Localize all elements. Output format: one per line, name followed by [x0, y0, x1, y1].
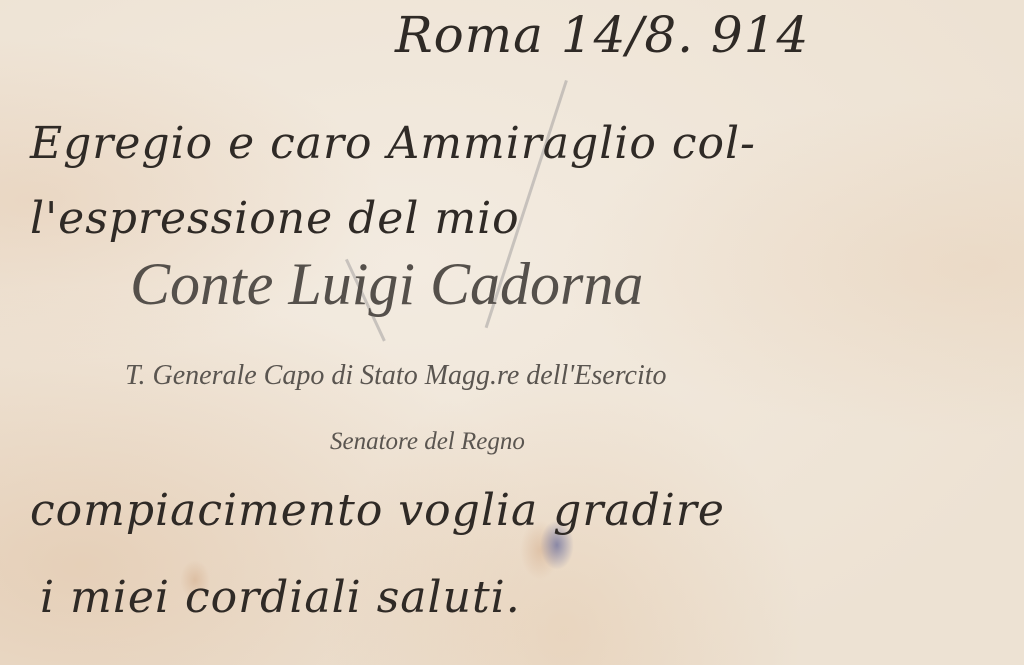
- handwritten-line-4: i miei cordiali saluti.: [40, 572, 521, 623]
- printed-title: T. Generale Capo di Stato Magg.re dell'E…: [125, 360, 667, 392]
- handwritten-line-1: Egregio e caro Ammiraglio col-: [30, 118, 756, 169]
- visiting-card: Roma 14/8. 914 Egregio e caro Ammiraglio…: [0, 0, 1024, 665]
- printed-subtitle: Senatore del Regno: [330, 428, 525, 456]
- handwritten-date: Roma 14/8. 914: [395, 6, 809, 64]
- handwritten-line-2: l'espressione del mio: [30, 193, 520, 244]
- handwritten-line-3: compiacimento voglia gradire: [30, 485, 725, 536]
- printed-name: Conte Luigi Cadorna: [130, 250, 643, 319]
